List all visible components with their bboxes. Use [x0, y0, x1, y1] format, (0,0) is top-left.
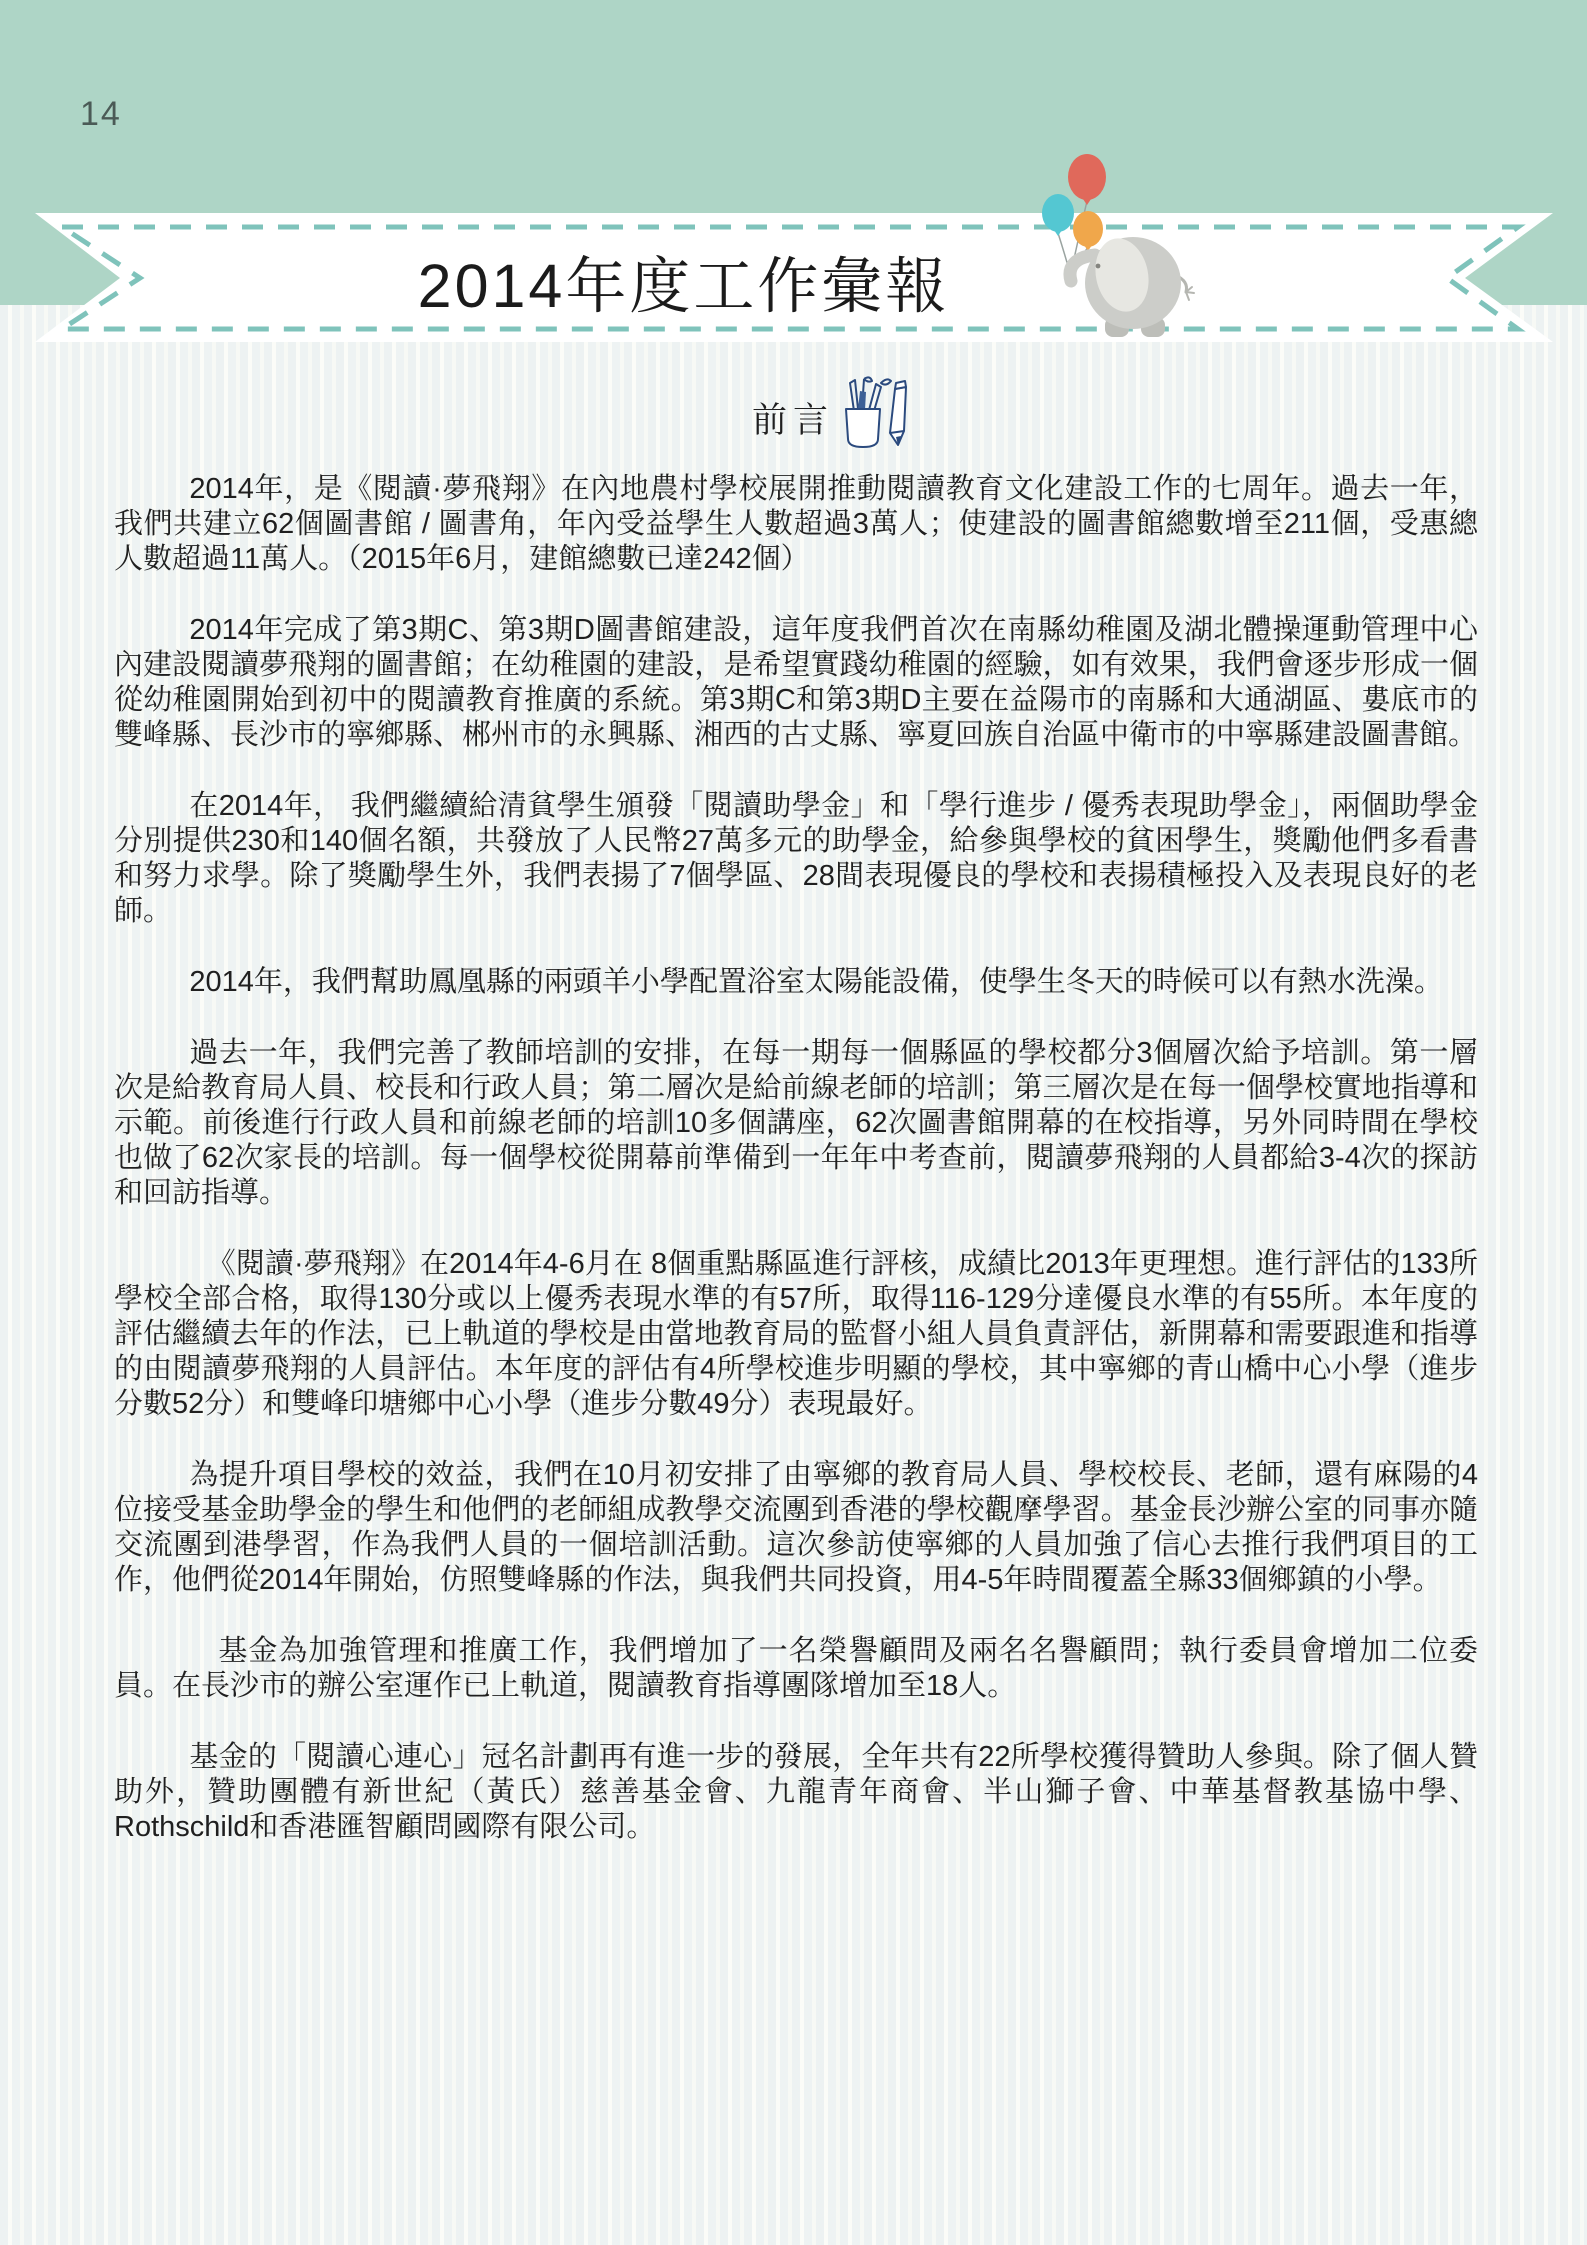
page-title: 2014年度工作彙報 — [0, 248, 1477, 324]
page-number: 14 — [80, 95, 122, 134]
body-paragraph: 2014年，是《閱讀·夢飛翔》在內地農村學校展開推動閱讀教育文化建設工作的七周年… — [114, 472, 1478, 577]
body-paragraph: 《閱讀·夢飛翔》在2014年4-6月在 8個重點縣區進行評核，成績比2013年更… — [114, 1247, 1478, 1422]
body-paragraph: 在2014年， 我們繼續給清貧學生頒發「閱讀助學金」和「學行進步 / 優秀表現助… — [114, 789, 1478, 929]
body-paragraph: 基金為加強管理和推廣工作，我們增加了一名榮譽顧問及兩名名譽顧問；執行委員會增加二… — [114, 1634, 1478, 1704]
preface-heading: 前言 — [752, 383, 834, 443]
orange-balloon-icon — [1073, 211, 1103, 247]
pencil-cup-icon — [838, 375, 920, 451]
red-balloon-icon — [1068, 154, 1106, 200]
teal-balloon-icon — [1042, 194, 1074, 232]
body-paragraph: 過去一年，我們完善了教師培訓的安排，在每一期每一個縣區的學校都分3個層次給予培訓… — [114, 1036, 1478, 1211]
body-paragraph: 2014年，我們幫助鳳凰縣的兩頭羊小學配置浴室太陽能設備，使學生冬天的時候可以有… — [114, 965, 1478, 1000]
body-paragraph: 基金的「閱讀心連心」冠名計劃再有進一步的發展，全年共有22所學校獲得贊助人參與。… — [114, 1740, 1478, 1845]
elephant-balloons-icon — [1015, 125, 1205, 340]
preface-header: 前言 — [752, 378, 920, 448]
preface-body: 2014年，是《閱讀·夢飛翔》在內地農村學校展開推動閱讀教育文化建設工作的七周年… — [114, 472, 1478, 1881]
body-paragraph: 為提升項目學校的效益，我們在10月初安排了由寧鄉的教育局人員、學校校長、老師，還… — [114, 1458, 1478, 1598]
body-paragraph: 2014年完成了第3期C、第3期D圖書館建設，這年度我們首次在南縣幼稚園及湖北體… — [114, 613, 1478, 753]
report-page: 14 2014年度工作彙報 前言 — [0, 0, 1587, 2245]
